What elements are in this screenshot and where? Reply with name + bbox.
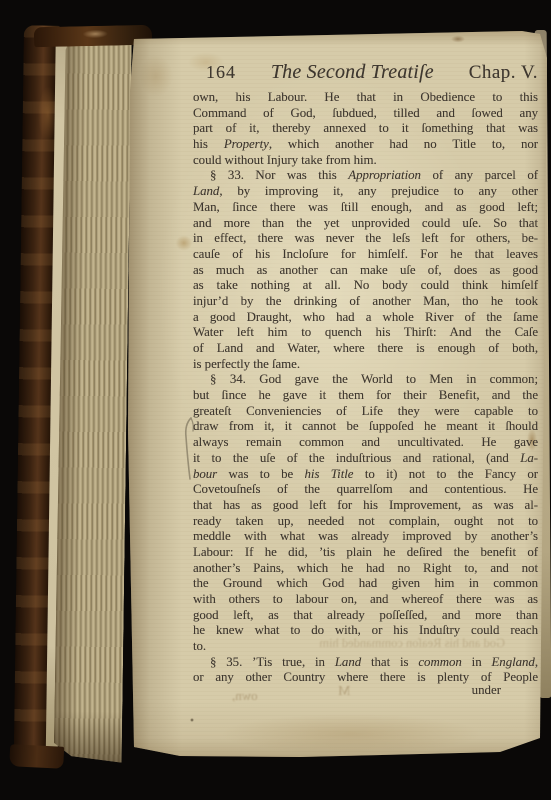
text-line: § 34. God gave the World to Men in commo… <box>193 372 538 388</box>
text-line: of Land and Water, where there is enough… <box>193 341 538 357</box>
text-line: Water left him to quench his Thirſt: And… <box>193 325 538 341</box>
text-line: that has as good left for his Improvemen… <box>193 498 538 514</box>
text-line: he knew what to do with, or his Induſtry… <box>193 623 538 639</box>
text-line: with others to labour on, and whereof th… <box>193 592 538 608</box>
text-line: to. <box>193 639 538 655</box>
leather-bottom-corner <box>9 744 64 769</box>
text-line: is perfectly the ſame. <box>193 357 538 373</box>
running-title: The Second Treatiſe <box>271 61 434 84</box>
text-line: own, his Labour. He that in Obedience to… <box>193 90 538 106</box>
text-line: Man, ſince there was ſtill enough, and a… <box>193 200 538 216</box>
text-line: Command of God, ſubdued, tilled and ſowe… <box>193 106 538 122</box>
text-line: ready taken up, needed not complain, oug… <box>193 514 538 530</box>
text-line: it to the uſe of the induſtrious and rat… <box>193 451 538 467</box>
text-line: § 33. Nor was this Appropriation of any … <box>193 168 538 184</box>
text-line: injur’d by the drinking of another Man, … <box>193 294 538 310</box>
margin-pen-mark <box>178 415 202 485</box>
text-line: in effect, there was never the leſs left… <box>193 231 538 247</box>
text-line: as much as another can make uſe of, does… <box>193 263 538 279</box>
text-line: his Property, which another had no Title… <box>193 137 538 153</box>
text-line: § 35. ’Tis true, in Land that is common … <box>193 655 538 671</box>
text-line: Labour: If he did, ’tis plain he deſired… <box>193 545 538 561</box>
page-number: 164 <box>193 62 236 83</box>
text-line: a good Draught, who had a whole River of… <box>193 310 538 326</box>
chapter-heading: Chap. V. <box>469 62 538 84</box>
text-line: Covetouſneſs of the quarrelſom and conte… <box>193 482 538 498</box>
text-line: another’s Pains, which he had no Right t… <box>193 561 538 577</box>
page-header: 164 The Second Treatiſe Chap. V. <box>193 61 538 87</box>
book-edge-assembly <box>12 19 136 769</box>
text-line: Land, by improving it, any prejudice to … <box>193 184 538 200</box>
page-fore-edge-stack <box>54 34 132 763</box>
text-line: could without Injury take from him. <box>193 153 538 169</box>
text-line: cauſe of his Incloſure for himſelf. For … <box>193 247 538 263</box>
book-page: 164 The Second Treatiſe Chap. V. own, hi… <box>126 30 550 764</box>
text-line: always remain common and uncultivated. H… <box>193 435 538 451</box>
text-line: the Ground which God had given him in co… <box>193 576 538 592</box>
catchword: under <box>193 683 501 698</box>
text-line: as take nothing at all. No body could th… <box>193 278 538 294</box>
text-line: meddle with what was already improved by… <box>193 529 538 545</box>
text-block: own, his Labour. He that in Obedience to… <box>193 90 538 686</box>
text-line: draw from it, it cannot be ſuppoſed he m… <box>193 419 538 435</box>
text-line: bour was to be his Title to it) not to t… <box>193 467 538 483</box>
text-line: and more than the yet unprovided could u… <box>193 216 538 232</box>
text-line: good left, as that already poſſeſſed, an… <box>193 608 538 624</box>
text-line: but ſince he gave it them for their Bene… <box>193 388 538 404</box>
photo-background: 164 The Second Treatiſe Chap. V. own, hi… <box>0 0 551 800</box>
text-line: greateſt Conveniencies of Life they were… <box>193 404 538 420</box>
text-line: part of it, thereby annexed to it ſometh… <box>193 121 538 137</box>
